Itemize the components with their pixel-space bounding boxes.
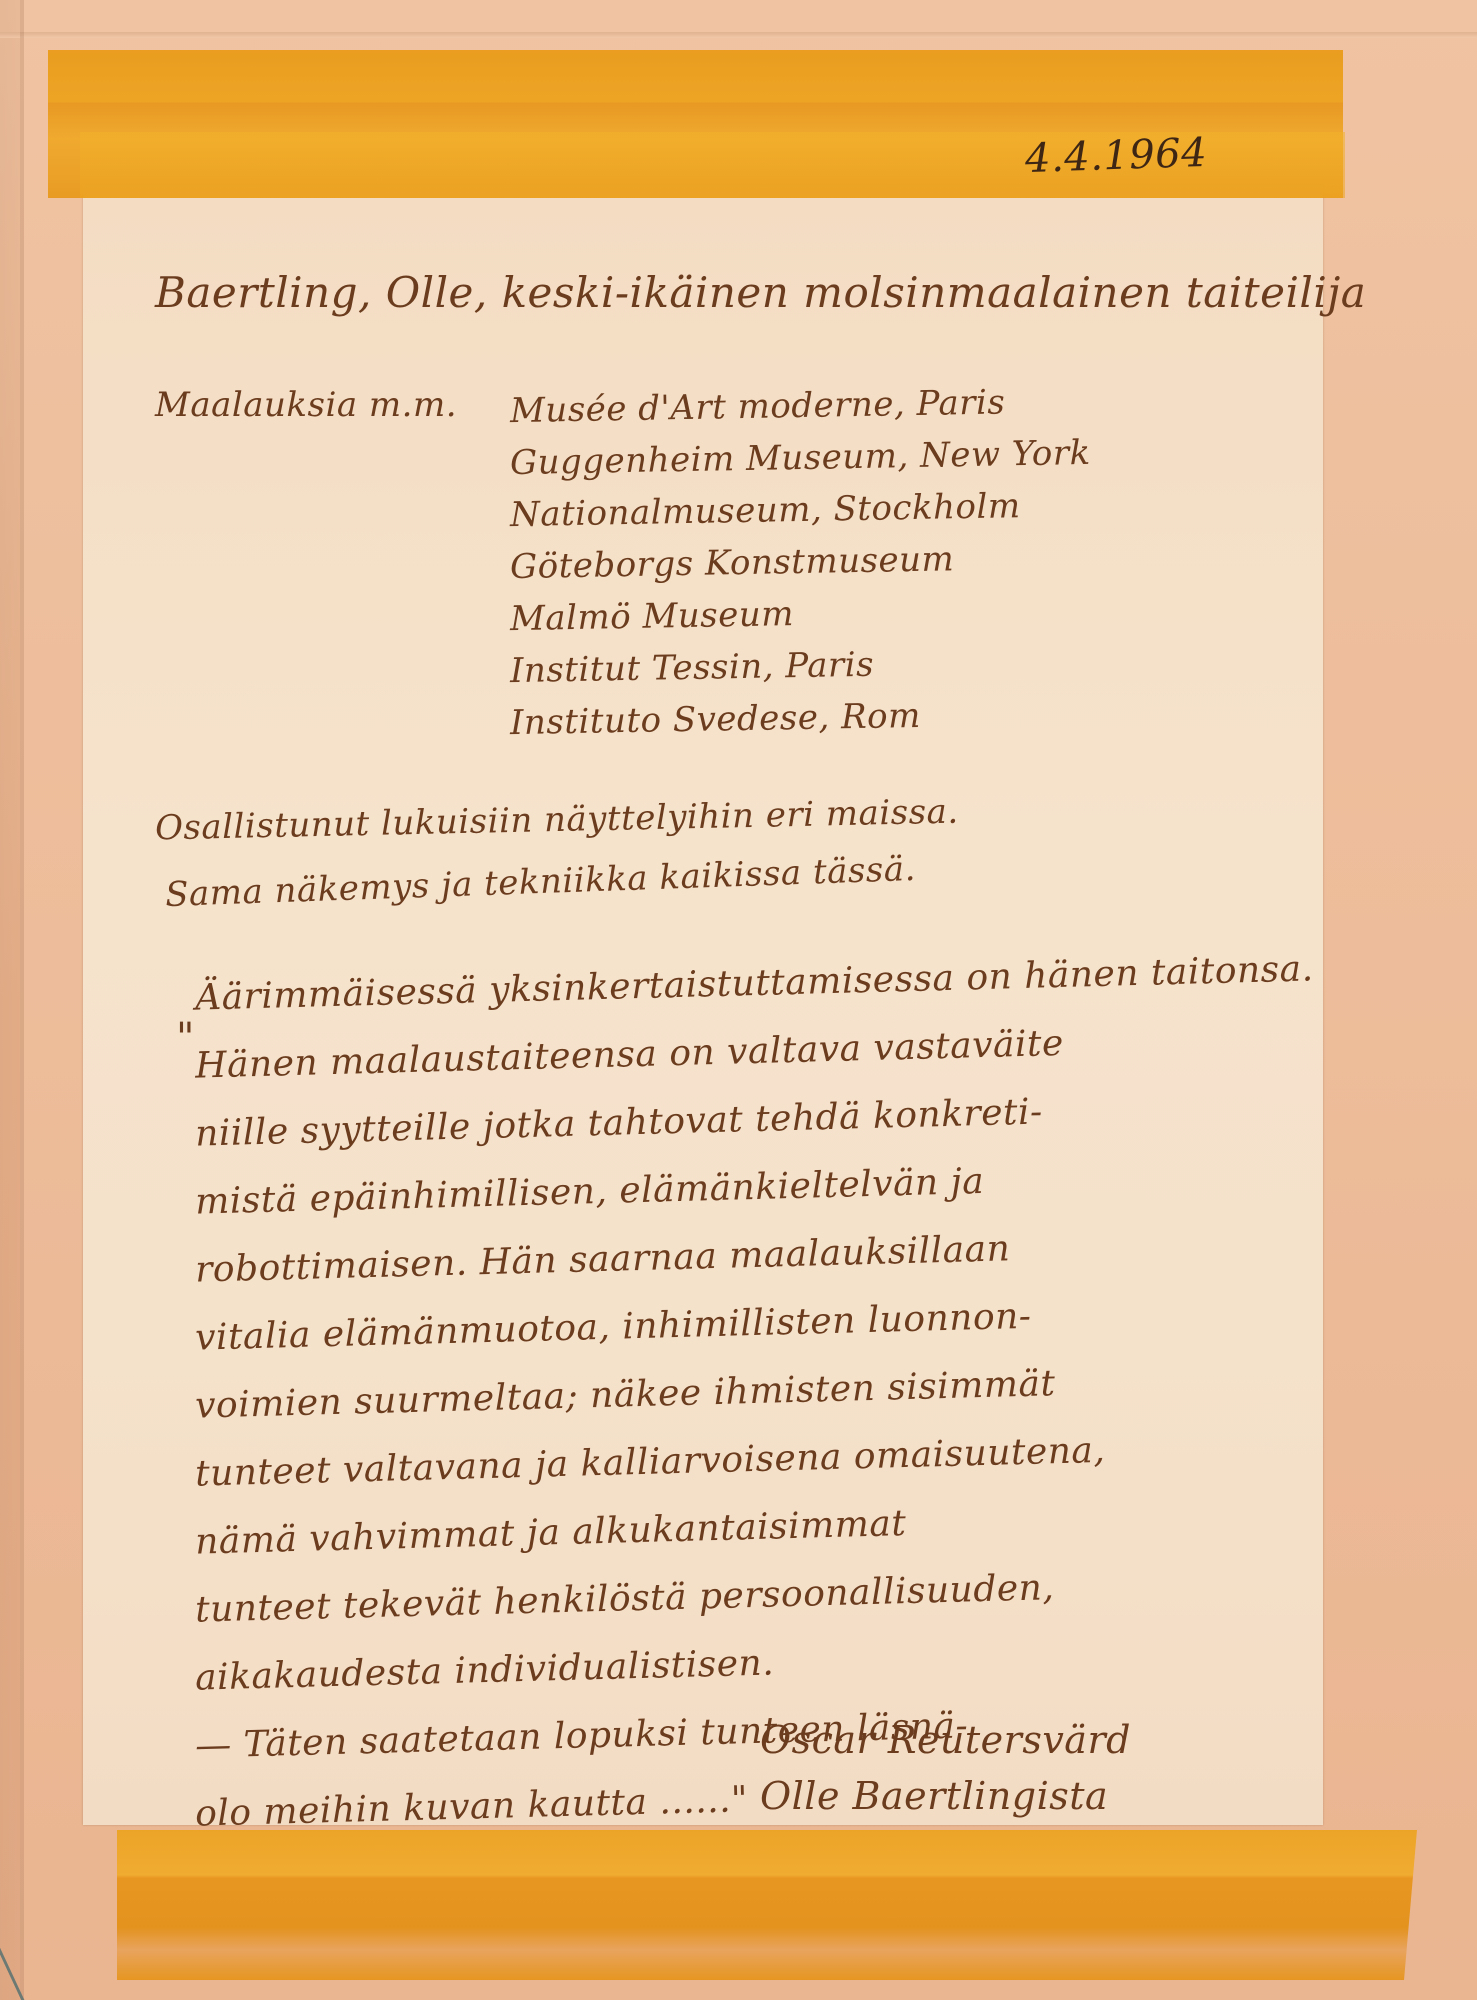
- collections-list: Musée d'Art moderne, Paris Guggenheim Mu…: [510, 380, 1091, 744]
- backing-seam: [0, 32, 1477, 38]
- signature-source: Olle Baertlingista: [760, 1768, 1131, 1824]
- collections-label: Maalauksia m.m.: [155, 385, 457, 425]
- signature-block: Oscar Reutersvärd Olle Baertlingista: [760, 1712, 1131, 1824]
- signature-author: Oscar Reutersvärd: [760, 1712, 1131, 1768]
- quotation-block: Äärimmäisessä yksinkertaistuttamisessa o…: [195, 950, 1314, 1834]
- backing-edge: [20, 0, 24, 2000]
- date-annotation: 4.4.1964: [1024, 130, 1208, 182]
- bottom-tape-strip: [117, 1830, 1417, 1980]
- opening-quote-mark: ": [176, 1015, 195, 1061]
- title-line: Baertling, Olle, keski-ikäinen molsinmaa…: [155, 268, 1366, 317]
- collection-item: Instituto Svedese, Rom: [510, 687, 1092, 749]
